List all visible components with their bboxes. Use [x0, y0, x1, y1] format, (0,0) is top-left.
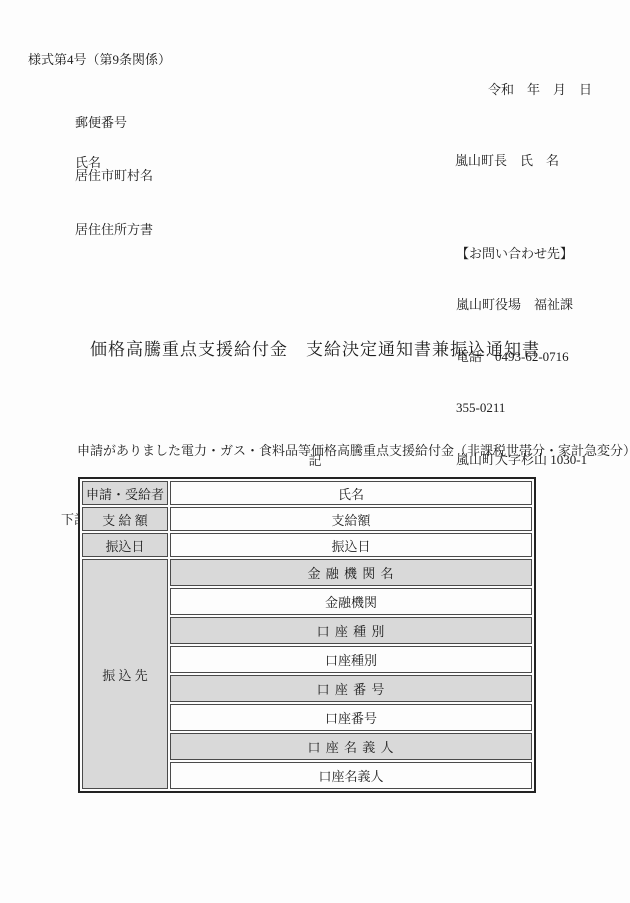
- table-row: 振込日 振込日: [82, 533, 532, 557]
- table-row: 支 給 額 支給額: [82, 507, 532, 531]
- account-type-value-cell: 口座種別: [170, 646, 532, 673]
- transfer-date-value-cell: 振込日: [170, 533, 532, 557]
- contact-heading: 【お問い合わせ先】: [456, 246, 587, 265]
- bank-name-header-cell: 金 融 機 関 名: [170, 559, 532, 586]
- recipient-name-label: 氏名: [75, 155, 101, 171]
- postal-code-label: 郵便番号: [75, 115, 153, 136]
- date-line: 令和 年 月 日: [488, 82, 592, 98]
- document-title: 価格高騰重点支援給付金 支給決定通知書兼振込通知書: [0, 339, 630, 360]
- form-number-label: 様式第4号（第9条関係）: [28, 52, 171, 68]
- bank-name-value-cell: 金融機関: [170, 588, 532, 615]
- amount-label-cell: 支 給 額: [82, 507, 168, 531]
- transfer-destination-label-cell: 振 込 先: [82, 559, 168, 789]
- table-row: 申請・受給者 氏名: [82, 481, 532, 505]
- applicant-label-cell: 申請・受給者: [82, 481, 168, 505]
- ki-heading: 記: [0, 453, 630, 469]
- account-type-header-cell: 口 座 種 別: [170, 617, 532, 644]
- amount-value-cell: 支給額: [170, 507, 532, 531]
- account-number-header-cell: 口 座 番 号: [170, 675, 532, 702]
- transfer-date-label-cell: 振込日: [82, 533, 168, 557]
- account-holder-header-cell: 口 座 名 義 人: [170, 733, 532, 760]
- account-number-value-cell: 口座番号: [170, 704, 532, 731]
- mayor-signature-line: 嵐山町長 氏 名: [455, 153, 559, 169]
- notice-table: 申請・受給者 氏名 支 給 額 支給額 振込日 振込日 振 込 先 金 融 機 …: [78, 477, 536, 793]
- table-row: 振 込 先 金 融 機 関 名: [82, 559, 532, 586]
- address-note-label: 居住住所方書: [75, 222, 153, 243]
- applicant-value-cell: 氏名: [170, 481, 532, 505]
- account-holder-value-cell: 口座名義人: [170, 762, 532, 789]
- contact-office: 嵐山町役場 福祉課: [456, 297, 587, 316]
